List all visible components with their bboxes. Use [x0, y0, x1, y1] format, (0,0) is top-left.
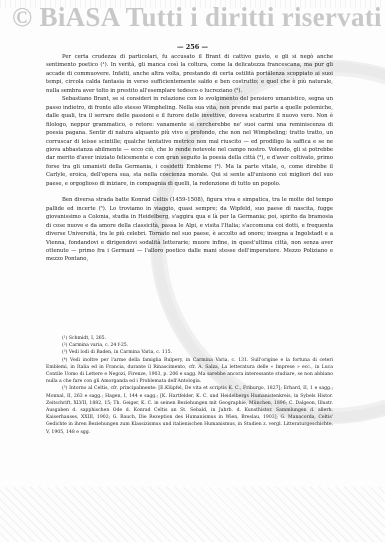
page-number: — 256 —: [0, 43, 385, 51]
footnotes: (¹) Schmidt, I, 265. (²) Carmina varia, …: [46, 335, 333, 436]
scan-noise-bottom: [0, 487, 385, 542]
copyright-watermark: © BiASA Tutti i diritti riservati: [12, 2, 382, 33]
footnote-1: (¹) Schmidt, I, 265.: [46, 335, 333, 342]
paragraph-1: Per certa crudezza di particolari, fu ac…: [46, 53, 333, 95]
footnote-2: (²) Carmina varia, c. 24 f-25.: [46, 342, 333, 349]
main-text: Per certa crudezza di particolari, fu ac…: [46, 53, 333, 264]
footnote-3: (³) Vedi lodi di Baden, in Carmina Varia…: [46, 349, 333, 356]
footnote-4: (⁴) Vedi inoltre per l'arme della famigl…: [46, 357, 333, 386]
footnote-5: (⁵) Intorno al Celtis, cfr. principalmen…: [46, 385, 333, 435]
paragraph-2: Sebastiano Brant, se si consideri in rel…: [46, 95, 333, 188]
paragraph-3: Ben diversa strada batte Konrad Celtis (…: [46, 196, 333, 264]
